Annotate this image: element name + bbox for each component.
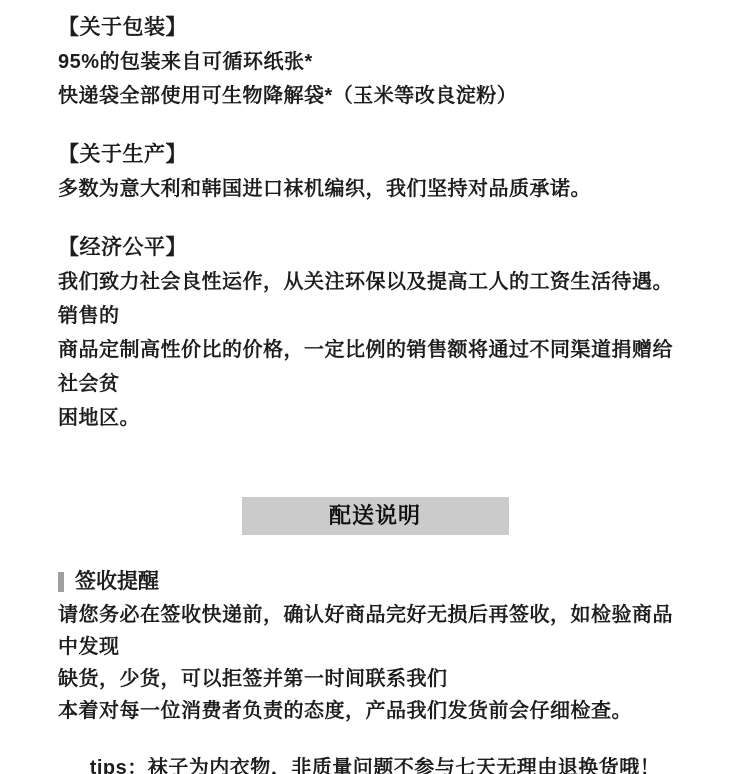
section-packaging-line-2: 快递袋全部使用可生物降解袋*（玉米等改良淀粉） (58, 79, 692, 113)
section-production-line-1: 多数为意大利和韩国进口袜机编织，我们坚持对品质承诺。 (58, 172, 692, 206)
receipt-notice-line-2: 缺货，少货，可以拒签并第一时间联系我们 (58, 663, 692, 695)
receipt-notice-line-1: 请您务必在签收快递前，确认好商品完好无损后再签收，如检验商品中发现 (58, 599, 692, 663)
receipt-notice-line-3: 本着对每一位消费者负责的态度，产品我们发货前会仔细检查。 (58, 695, 692, 727)
info-sections: 【关于包装】 95%的包装来自可循环纸张* 快递袋全部使用可生物降解袋*（玉米等… (0, 0, 750, 435)
heading-marker-bar (58, 572, 64, 592)
section-production-heading: 【关于生产】 (58, 138, 692, 172)
section-packaging-heading: 【关于包装】 (58, 11, 692, 45)
delivery-banner: 配送说明 (242, 497, 509, 535)
product-description-page: 【关于包装】 95%的包装来自可循环纸张* 快递袋全部使用可生物降解袋*（玉米等… (0, 0, 750, 774)
receipt-notice-heading: 签收提醒 (75, 565, 159, 599)
section-economic-fairness-line-3: 困地区。 (58, 401, 692, 435)
section-production: 【关于生产】 多数为意大利和韩国进口袜机编织，我们坚持对品质承诺。 (58, 138, 692, 206)
tips-text: tips：袜子为内衣物，非质量问题不参与七天无理由退换货哦！ (90, 757, 661, 774)
section-packaging: 【关于包装】 95%的包装来自可循环纸张* 快递袋全部使用可生物降解袋*（玉米等… (58, 11, 692, 113)
receipt-notice-section: 签收提醒 请您务必在签收快递前，确认好商品完好无损后再签收，如检验商品中发现 缺… (0, 535, 750, 774)
section-economic-fairness-line-1: 我们致力社会良性运作，从关注环保以及提高工人的工资生活待遇。销售的 (58, 265, 692, 333)
section-economic-fairness: 【经济公平】 我们致力社会良性运作，从关注环保以及提高工人的工资生活待遇。销售的… (58, 231, 692, 435)
section-packaging-line-1: 95%的包装来自可循环纸张* (58, 45, 692, 79)
receipt-notice-heading-row: 签收提醒 (58, 565, 692, 599)
tips-row: tips：袜子为内衣物，非质量问题不参与七天无理由退换货哦！ (58, 751, 692, 774)
section-economic-fairness-heading: 【经济公平】 (58, 231, 692, 265)
delivery-banner-label: 配送说明 (329, 503, 421, 528)
section-economic-fairness-line-2: 商品定制高性价比的价格，一定比例的销售额将通过不同渠道捐赠给社会贫 (58, 333, 692, 401)
